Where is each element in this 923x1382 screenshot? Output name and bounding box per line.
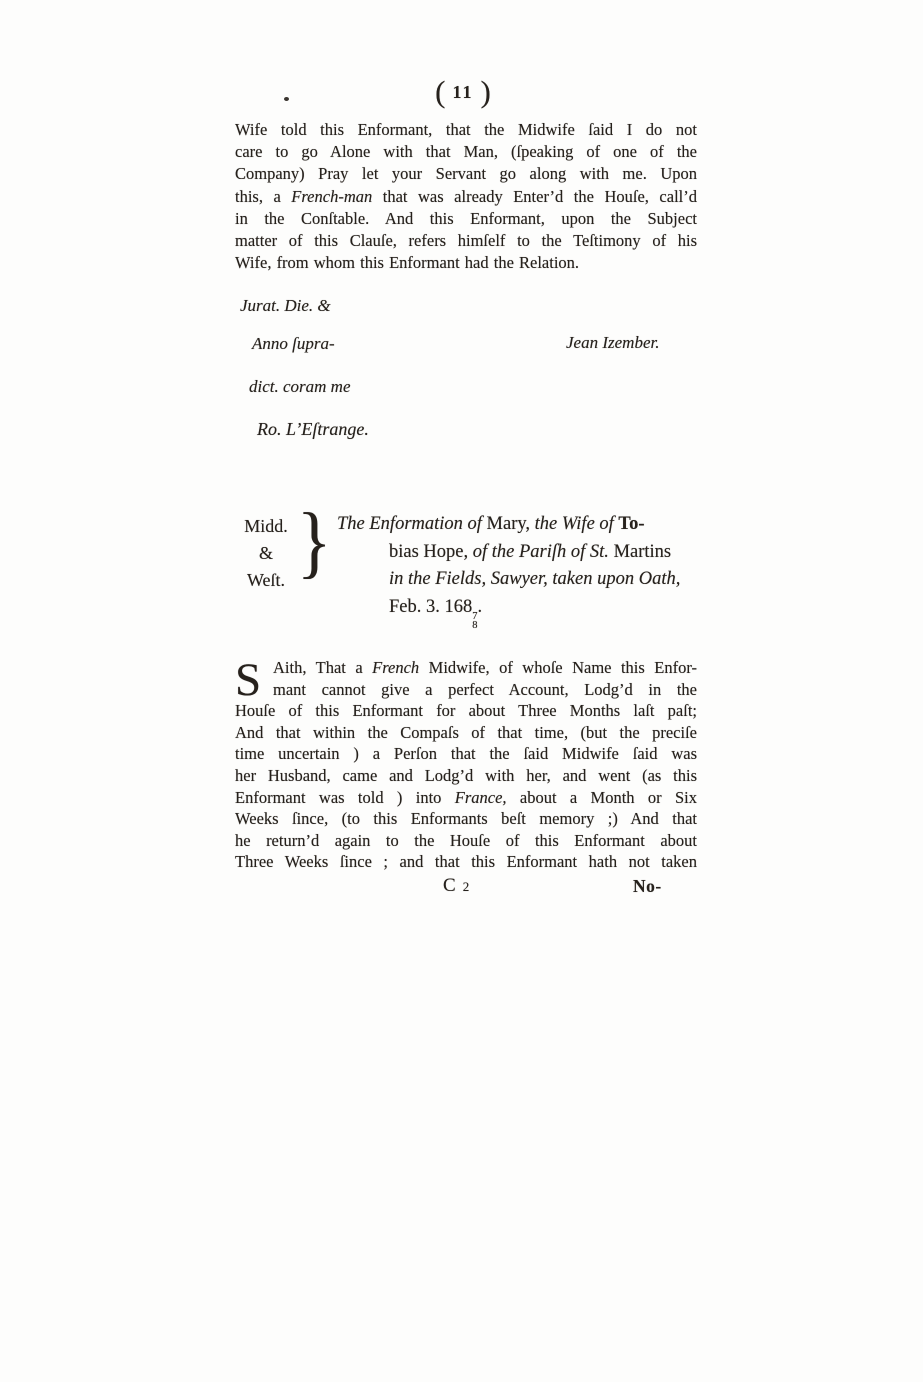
- signature-mark: C2: [443, 875, 469, 897]
- fraction-denominator: 8: [472, 621, 477, 630]
- county-line: Weſt.: [237, 567, 295, 594]
- page-number: (11): [398, 74, 528, 110]
- county-label: Midd. & Weſt.: [237, 513, 295, 594]
- stray-ink-mark: [284, 97, 289, 101]
- text-line: time uncertain ) a Perſon that the ſaid …: [235, 743, 697, 765]
- text-line: Enformant was told ) into France, about …: [235, 787, 697, 809]
- text-line: mant cannot give a perfect Account, Lodg…: [235, 679, 697, 701]
- curly-brace: }: [297, 502, 332, 582]
- text-segment-italic: of the Pariſh of St.: [468, 542, 613, 562]
- scanned-document-page: (11) Wife told this Enformant, that the …: [0, 0, 923, 1382]
- information-heading: The Enformation of Mary, the Wife of To-…: [337, 511, 702, 630]
- signature-letter: C: [443, 875, 456, 896]
- text-segment: Midwife, of whoſe Name this Enfor-: [419, 658, 697, 677]
- text-line: in the Conſtable. And this Enformant, up…: [235, 208, 697, 230]
- closing-paragraph: Wife told this Enformant, that the Midwi…: [235, 119, 697, 274]
- text-segment-italic: French: [372, 658, 419, 677]
- text-segment: Aith, That a: [273, 658, 372, 677]
- signature-number: 2: [463, 879, 470, 894]
- text-line: matter of this Clauſe, refers himſelf to…: [235, 230, 697, 252]
- text-line: And that within the Compaſs of that time…: [235, 722, 697, 744]
- text-segment: Martins: [614, 542, 672, 562]
- text-line: Wife told this Enformant, that the Midwi…: [235, 119, 697, 141]
- text-line: Wife, from whom this Enformant had the R…: [235, 252, 697, 274]
- drop-cap-initial: S: [235, 661, 261, 699]
- text-line: Aith, That a French Midwife, of whoſe Na…: [235, 657, 697, 679]
- text-line: her Husband, came and Lodg’d with her, a…: [235, 765, 697, 787]
- heading-line: bias Hope, of the Pariſh of St. Martins: [337, 539, 702, 567]
- deposition-body: S Aith, That a French Midwife, of whoſe …: [235, 657, 697, 873]
- heading-line: The Enformation of Mary, the Wife of To-: [337, 511, 702, 539]
- date-period: .: [478, 597, 483, 617]
- text-segment: Enformant was told ) into: [235, 788, 455, 807]
- text-segment-bold: To-: [618, 514, 644, 534]
- text-segment: about a Month or Six: [507, 788, 697, 807]
- date-text: Feb. 3. 168: [389, 597, 472, 617]
- text-line: Company) Pray let your Servant go along …: [235, 163, 697, 185]
- text-line: Weeks ſince, (to this Enformants beſt me…: [235, 808, 697, 830]
- paren-open: (: [435, 74, 445, 109]
- heading-line: in the Fields, Sawyer, taken upon Oath,: [337, 566, 702, 594]
- heading-date-line: Feb. 3. 16878.: [337, 594, 702, 630]
- jurat-line-2: Anno ſupra-: [252, 334, 335, 354]
- signature-ro-lestrange: Ro. L’Eſtrange.: [257, 419, 369, 440]
- text-segment: this, a: [235, 187, 291, 206]
- text-segment: Mary,: [487, 514, 531, 534]
- text-line: this, a French-man that was already Ente…: [235, 186, 697, 208]
- jurat-line-1: Jurat. Die. &: [240, 296, 331, 316]
- signature-jean-izember: Jean Izember.: [566, 333, 659, 353]
- text-segment: bias Hope,: [389, 542, 468, 562]
- jurat-line-3: dict. coram me: [249, 377, 351, 397]
- county-ampersand: &: [237, 540, 295, 567]
- text-segment-italic: the Wife of: [530, 514, 618, 534]
- paren-close: ): [481, 74, 491, 109]
- text-line: Three Weeks ſince ; and that this Enform…: [235, 851, 697, 873]
- county-line: Midd.: [237, 513, 295, 540]
- text-segment-italic: France,: [455, 788, 507, 807]
- catchword: No-: [633, 876, 662, 897]
- page-number-value: 11: [452, 82, 473, 102]
- text-segment: that was already Enter’d the Houſe, call…: [372, 187, 697, 206]
- text-line: he return’d again to the Houſe of this E…: [235, 830, 697, 852]
- text-line: Houſe of this Enformant for about Three …: [235, 700, 697, 722]
- text-line: care to go Alone with that Man, (ſpeakin…: [235, 141, 697, 163]
- text-segment-italic: French-man: [291, 187, 372, 206]
- text-segment-italic: The Enformation of: [337, 514, 487, 534]
